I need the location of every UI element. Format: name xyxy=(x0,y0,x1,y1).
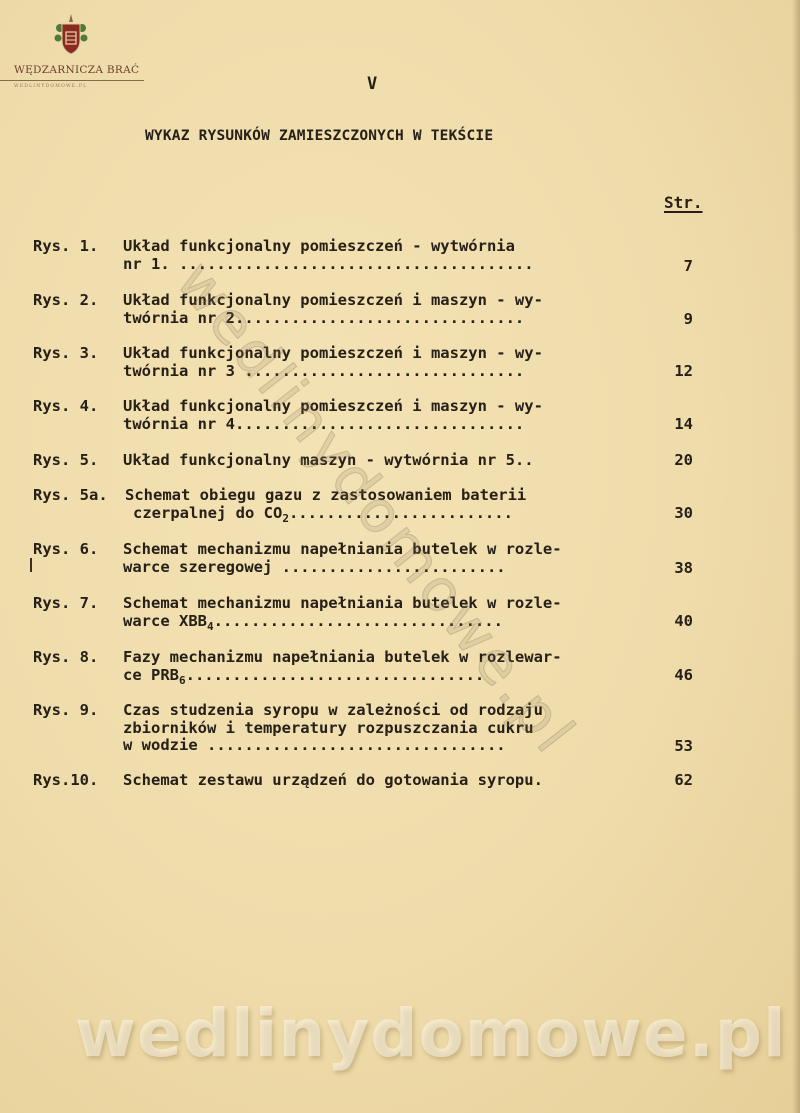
figure-label: Rys.10. xyxy=(33,772,98,790)
entry-line: Schemat mechanizmu napełniania butelek w… xyxy=(123,595,653,613)
site-logo[interactable]: WĘDZARNICZA BRAĆ WEDLINYDOMOWE.PL xyxy=(0,0,150,95)
page-ref: 9 xyxy=(684,311,693,329)
entry-line: Układ funkcjonalny pomieszczeń i maszyn … xyxy=(123,345,653,363)
page-column-header: Str. xyxy=(664,193,703,212)
entry-line: Układ funkcjonalny pomieszczeń i maszyn … xyxy=(123,398,653,416)
figure-label: Rys. 5a. xyxy=(33,487,108,505)
page-ref: 30 xyxy=(674,505,693,523)
figure-label: Rys. 1. xyxy=(33,238,98,256)
leader-dots: ................................ xyxy=(186,666,485,684)
figure-label: Rys. 7. xyxy=(33,595,98,613)
entry-line: Układ funkcjonalny pomieszczeń - wytwórn… xyxy=(123,238,653,256)
entry-line: twórnia nr 4............................… xyxy=(123,416,653,434)
page-title: WYKAZ RYSUNKÓW ZAMIESZCZONYCH W TEKŚCIE xyxy=(145,128,493,144)
entry-line: w wodzie ...............................… xyxy=(123,737,653,755)
logo-name: WĘDZARNICZA BRAĆ xyxy=(14,64,144,76)
page-ref: 20 xyxy=(674,452,693,470)
figure-label: Rys. 8. xyxy=(33,649,98,667)
figure-label: Rys. 4. xyxy=(33,398,98,416)
subscript: 6 xyxy=(179,674,186,687)
page-ref: 12 xyxy=(674,363,693,381)
page-ref: 53 xyxy=(674,738,693,756)
figure-label: Rys. 5. xyxy=(33,452,98,470)
entry-line: twórnia nr 3 ...........................… xyxy=(123,363,653,381)
page-number: V xyxy=(367,74,377,94)
page-edge-shadow xyxy=(792,0,800,1113)
logo-url: WEDLINYDOMOWE.PL xyxy=(14,84,87,89)
margin-mark xyxy=(30,558,32,572)
page-ref: 40 xyxy=(674,613,693,631)
subscript: 4 xyxy=(207,620,214,633)
figure-label: Rys. 3. xyxy=(33,345,98,363)
subscript: 2 xyxy=(282,512,289,525)
page-ref: 7 xyxy=(684,258,693,276)
entry-line: ce PRB xyxy=(123,666,179,684)
page-ref: 14 xyxy=(674,416,693,434)
entry-line: Fazy mechanizmu napełniania butelek w ro… xyxy=(123,649,653,667)
page-ref: 38 xyxy=(674,560,693,578)
figure-label: Rys. 2. xyxy=(33,292,98,310)
page-ref: 62 xyxy=(674,772,693,790)
logo-divider xyxy=(0,80,144,81)
figure-label: Rys. 6. xyxy=(33,541,98,559)
entry-line: Schemat zestawu urządzeń do gotowania sy… xyxy=(123,772,653,790)
crest-icon xyxy=(52,12,90,56)
entry-line: warce XBB xyxy=(123,612,207,630)
footer-watermark: wedlinydomowe.pl xyxy=(75,995,787,1072)
figure-label: Rys. 9. xyxy=(33,702,98,720)
page-ref: 46 xyxy=(674,667,693,685)
entry-line: czerpalnej do CO xyxy=(133,504,282,522)
